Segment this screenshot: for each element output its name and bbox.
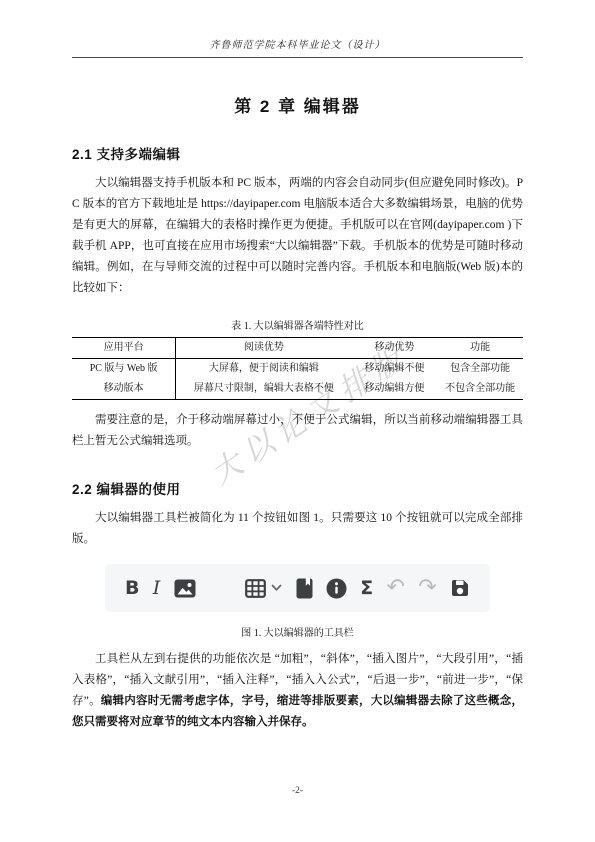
formula-sigma-icon: Σ — [360, 577, 373, 599]
figure-caption: 图 1. 大以编辑器的工具栏 — [72, 624, 523, 639]
table-cell: 移动版本 — [72, 379, 176, 400]
paragraph-bold-text: 编辑内容时无需考虑字体，字号，缩进等排版要素，大以编辑器去除了这些概念，您只需要… — [72, 695, 523, 728]
table-row: 移动版本 屏幕尺寸限制，编辑大表格不便 移动编辑方便 不包含全部功能 — [72, 379, 523, 400]
page-content: 齐鲁师范学院本科毕业论文（设计） 第 2 章 编辑器 2.1 支持多端编辑 大以… — [72, 36, 523, 733]
column-header: 阅读优势 — [176, 338, 352, 359]
table-cell: 大屏幕，便于阅读和编辑 — [176, 359, 352, 380]
comparison-table: 应用平台 阅读优势 移动优势 功能 PC 版与 Web 版 大屏幕，便于阅读和编… — [72, 337, 523, 400]
table-header-row: 应用平台 阅读优势 移动优势 功能 — [72, 338, 523, 359]
chapter-title: 第 2 章 编辑器 — [72, 92, 523, 117]
table-row: PC 版与 Web 版 大屏幕，便于阅读和编辑 移动编辑不便 包含全部功能 — [72, 359, 523, 380]
table-cell: 屏幕尺寸限制，编辑大表格不便 — [176, 379, 352, 400]
column-header: 移动优势 — [352, 338, 438, 359]
page-number: -2- — [0, 786, 595, 796]
table-caption: 表 1. 大以编辑器各端特性对比 — [72, 317, 523, 332]
paragraph-note: 需要注意的是，介于移动端屏幕过小，不便于公式编辑，所以当前移动端编辑器工具栏上暂… — [72, 410, 523, 452]
bold-icon: B — [125, 577, 139, 599]
table-cell: 不包含全部功能 — [437, 379, 523, 400]
footnote-info-icon — [326, 578, 347, 599]
insert-table-group — [245, 579, 282, 598]
insert-table-icon — [245, 579, 266, 598]
paragraph-toolbar-functions: 工具栏从左到右提供的功能依次是 “加粗”，“斜体”，“插入图片”，“大段引用”，… — [72, 649, 523, 733]
column-header: 应用平台 — [72, 338, 176, 359]
table-cell: 包含全部功能 — [437, 359, 523, 380]
running-header: 齐鲁师范学院本科毕业论文（设计） — [72, 36, 523, 58]
chevron-down-icon — [271, 584, 282, 592]
paragraph-toolbar-intro: 大以编辑器工具栏被简化为 11 个按钮如图 1。只需要这 10 个按钮就可以完成… — [72, 508, 523, 550]
italic-icon: I — [153, 577, 161, 599]
save-icon — [450, 578, 470, 598]
paragraph-multi-device: 大以编辑器支持手机版本和 PC 版本，两端的内容会自动同步(但应避免同时修改)。… — [72, 173, 523, 299]
insert-image-icon — [174, 579, 196, 598]
editor-toolbar-figure: B I “ — [105, 564, 490, 612]
undo-icon: ↶ — [387, 578, 405, 598]
document-page: 大以论文排版 齐鲁师范学院本科毕业论文（设计） 第 2 章 编辑器 2.1 支持… — [0, 0, 595, 842]
table-cell: 移动编辑不便 — [352, 359, 438, 380]
blockquote-icon: “ — [209, 577, 232, 599]
table-cell: PC 版与 Web 版 — [72, 359, 176, 380]
citation-book-icon — [296, 578, 313, 599]
column-header: 功能 — [437, 338, 523, 359]
section-heading-2-2: 2.2 编辑器的使用 — [72, 478, 523, 498]
section-heading-2-1: 2.1 支持多端编辑 — [72, 143, 523, 163]
redo-icon: ↷ — [418, 578, 436, 598]
table-cell: 移动编辑方便 — [352, 379, 438, 400]
